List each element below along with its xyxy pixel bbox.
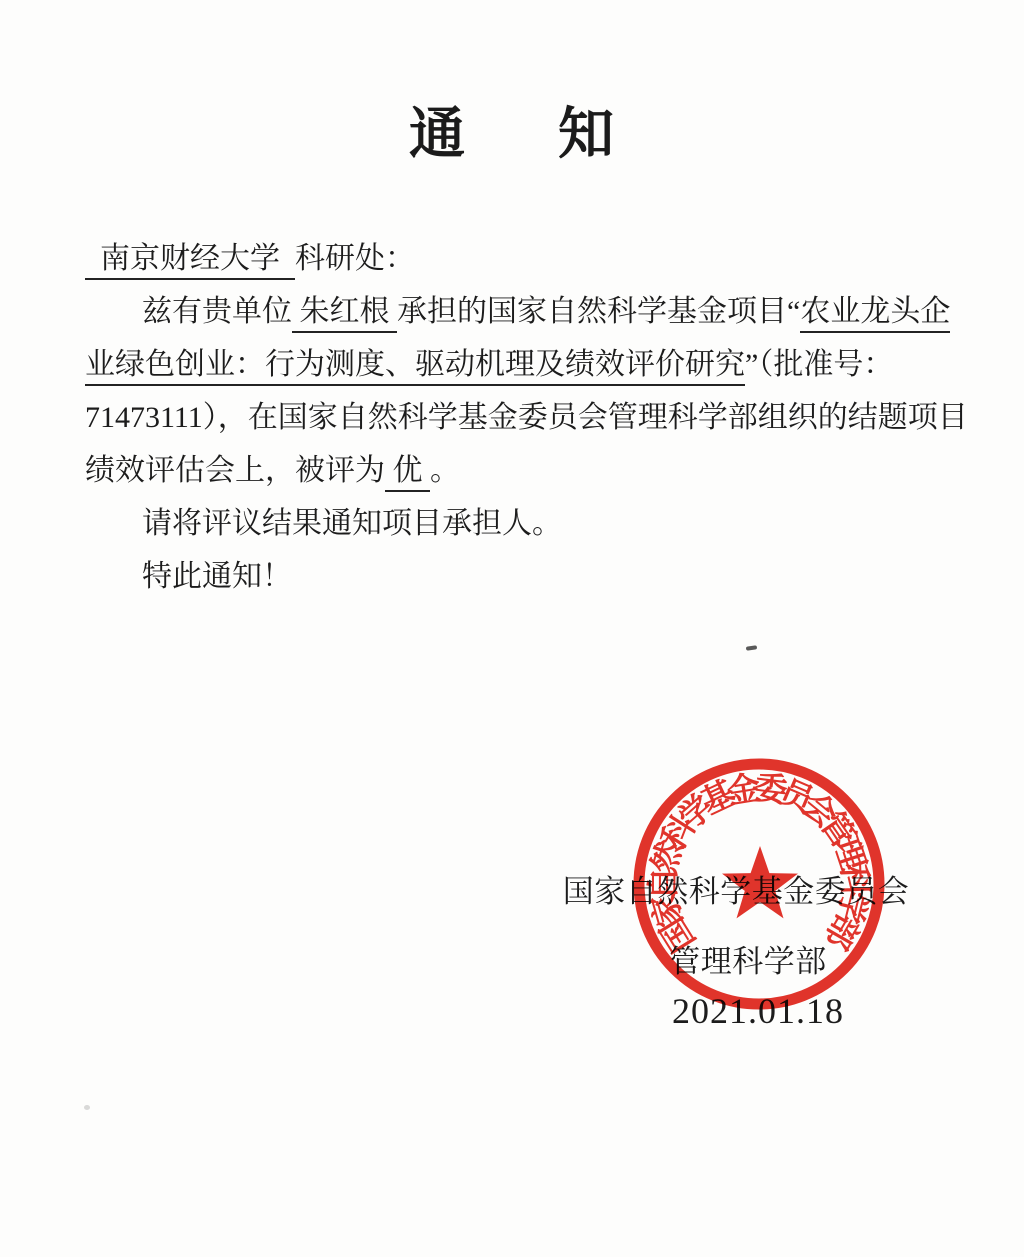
official-seal: 国家自然科学基金委员会管理科学部 bbox=[619, 744, 899, 1024]
scan-speck bbox=[84, 1105, 90, 1110]
scan-speck bbox=[746, 645, 757, 650]
body-line: 71473111），在国家自然科学基金委员会管理科学部组织的结题项目 bbox=[85, 391, 947, 444]
underlined-text: 业绿色创业：行为测度、驱动机理及绩效评价研究 bbox=[85, 348, 745, 386]
text-run: 71473111），在国家自然科学基金委员会管理科学部组织的结题项目 bbox=[85, 401, 968, 434]
body-line: 绩效评估会上，被评为 优 。 bbox=[85, 444, 947, 497]
title-char-right: 知 bbox=[558, 104, 615, 164]
text-run: 科研处： bbox=[295, 242, 415, 275]
text-run: 特此通知！ bbox=[142, 560, 292, 593]
title-char-left: 通 bbox=[409, 104, 466, 164]
body-line: 业绿色创业：行为测度、驱动机理及绩效评价研究”（批准号： bbox=[85, 338, 947, 391]
underlined-text: 优 bbox=[385, 454, 430, 492]
text-run: 。 bbox=[430, 454, 460, 487]
underlined-text: 朱红根 bbox=[292, 295, 397, 333]
body-line: 南京财经大学 科研处： bbox=[85, 232, 947, 285]
body-line: 请将评议结果通知项目承担人。 bbox=[85, 497, 947, 550]
body-line: 兹有贵单位 朱红根 承担的国家自然科学基金项目“农业龙头企 bbox=[85, 285, 947, 338]
seal-star-icon bbox=[722, 846, 798, 918]
letter-body: 南京财经大学 科研处：兹有贵单位 朱红根 承担的国家自然科学基金项目“农业龙头企… bbox=[85, 232, 947, 603]
text-run: 承担的国家自然科学基金项目“ bbox=[397, 295, 800, 328]
body-line: 特此通知！ bbox=[85, 550, 947, 603]
text-run: 兹有贵单位 bbox=[142, 295, 292, 328]
underlined-text: 南京财经大学 bbox=[85, 242, 295, 280]
text-run: 请将评议结果通知项目承担人。 bbox=[142, 507, 562, 540]
text-run: ”（批准号： bbox=[745, 348, 893, 381]
underlined-text: 农业龙头企 bbox=[800, 295, 950, 333]
text-run: 绩效评估会上，被评为 bbox=[85, 454, 385, 487]
page-title: 通 知 bbox=[0, 104, 1024, 164]
